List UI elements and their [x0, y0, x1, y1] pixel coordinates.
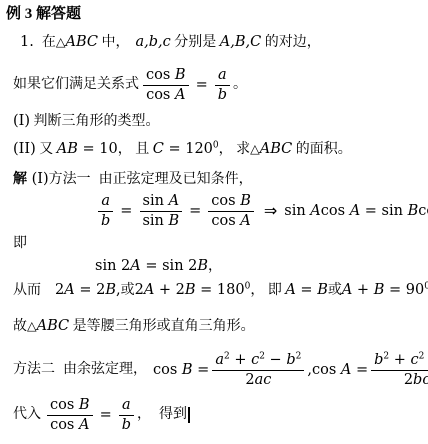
- method-two-line: 方法二 由余弦定理， cos B = a2 + c2 − b2 2ac ,cos…: [13, 346, 428, 394]
- substitute-line: 代入 cos B cos A = a b ， 得到: [13, 394, 190, 436]
- fraction-cosB-over-cosA: cos B cos A: [47, 397, 93, 434]
- math-eq-10: = 10: [78, 141, 118, 157]
- triangle-icon: △: [27, 318, 37, 333]
- period: 。: [233, 75, 247, 95]
- math-var-abc: ABC: [37, 318, 70, 334]
- part-two-text-4: 的面积。: [292, 142, 352, 157]
- math-var-c: C: [153, 141, 164, 157]
- fraction-a-over-b: a b: [119, 397, 134, 434]
- intro-text-4: 的对边，: [261, 35, 321, 50]
- math-var-ab: AB: [57, 141, 78, 157]
- fraction-cosA-cosine-rule: b2 + c2 − a2 2bc: [371, 352, 428, 389]
- math-var-sides: a,b,c: [135, 34, 170, 50]
- math-var-angles: A,B,C: [220, 34, 261, 50]
- conclusion-triangle-type-line: 故△ABC 是等腰三角形或直角三角形。: [13, 316, 255, 337]
- fraction-denominator: b: [215, 86, 230, 104]
- fraction-numerator: cos B: [143, 67, 189, 86]
- intro-text-1: 在: [42, 35, 56, 50]
- heading-text: 例 3 解答题: [6, 6, 81, 22]
- equation-sin2A: sin 2A = sin 2B，: [95, 256, 222, 277]
- intro-text-3: 分别是: [171, 35, 220, 50]
- example-heading: 例 3 解答题: [6, 4, 81, 24]
- math-eq-120: = 120: [164, 141, 213, 157]
- part-two-text-3: ， 求: [219, 142, 251, 157]
- part-two-text-1: 又: [36, 142, 57, 157]
- fraction-a-over-b: a b: [215, 67, 230, 104]
- method-one-text: 由正弦定理及已知条件，: [99, 172, 253, 187]
- triangle-icon: △: [250, 141, 260, 156]
- solution-method1-line: 解 (I)方法一由正弦定理及已知条件，: [13, 169, 253, 190]
- fraction-numerator: a: [215, 67, 230, 86]
- part-two-line: (II) 又 AB = 10， 且 C = 1200， 求△ABC 的面积。: [13, 139, 352, 160]
- connector-ji: 即: [13, 234, 27, 254]
- part-one-label: (I): [13, 113, 30, 129]
- equals-sign: =: [189, 201, 201, 221]
- method-two-label: 方法二: [13, 360, 55, 380]
- math-var-abc: ABC: [65, 34, 98, 50]
- cosB-equals: cos B =: [153, 360, 209, 381]
- equation-result: sin Acos A = sin Bcos B: [284, 201, 428, 222]
- text-cursor: [188, 407, 190, 423]
- part-two-label: (II): [13, 141, 36, 157]
- fraction-cosB-cosine-rule: a2 + c2 − b2 2ac: [212, 352, 304, 389]
- item-number: 1.: [20, 34, 34, 50]
- method-two-text: 由余弦定理，: [63, 360, 147, 380]
- comma: ，: [137, 405, 151, 425]
- dedao-text: 得到: [159, 405, 187, 425]
- relation-text: 如果它们满足关系式: [13, 75, 139, 95]
- solution-label: 解: [13, 172, 27, 187]
- relation-line: 如果它们满足关系式 cos B cos A = a b 。: [13, 62, 247, 108]
- equals-sign: =: [196, 75, 208, 95]
- document-page[interactable]: 例 3 解答题 1.在△ABC 中，a,b,c 分别是 A,B,C 的对边， 如…: [0, 0, 428, 444]
- cosA-equals: ,cos A =: [307, 360, 368, 381]
- conclusion-angles-line: 从而2A = 2B,或2A + 2B = 1800， 即 A = B或A + B…: [13, 280, 428, 301]
- fraction-cosB-over-cosA: cos B cos A: [208, 193, 254, 230]
- method-one-label: 方法一: [49, 172, 91, 187]
- intro-text-2: 中，: [98, 35, 130, 50]
- fraction-a-over-b: a b: [98, 193, 113, 230]
- fraction-sinA-over-sinB: sin A sin B: [139, 193, 182, 230]
- equation-sine-rule: a b = sin A sin B = cos B cos A ⇒ sin Ac…: [95, 188, 428, 234]
- equals-sign: =: [100, 405, 112, 425]
- superscript-zero: 0: [424, 281, 428, 291]
- part-label: (I): [27, 171, 49, 187]
- math-var-abc: ABC: [260, 141, 293, 157]
- implies-arrow-icon: ⇒: [264, 201, 277, 221]
- substitute-text: 代入: [13, 405, 41, 425]
- part-one-line: (I) 判断三角形的类型。: [13, 111, 160, 132]
- part-two-text-2: ， 且: [118, 142, 153, 157]
- problem-statement-line1: 1.在△ABC 中，a,b,c 分别是 A,B,C 的对边，: [20, 32, 321, 53]
- fraction-denominator: cos A: [143, 86, 188, 104]
- part-one-text: 判断三角形的类型。: [30, 114, 160, 129]
- cong-er-label: 从而: [13, 283, 41, 298]
- fraction-cosB-over-cosA: cos B cos A: [143, 67, 189, 104]
- equals-sign: =: [120, 201, 132, 221]
